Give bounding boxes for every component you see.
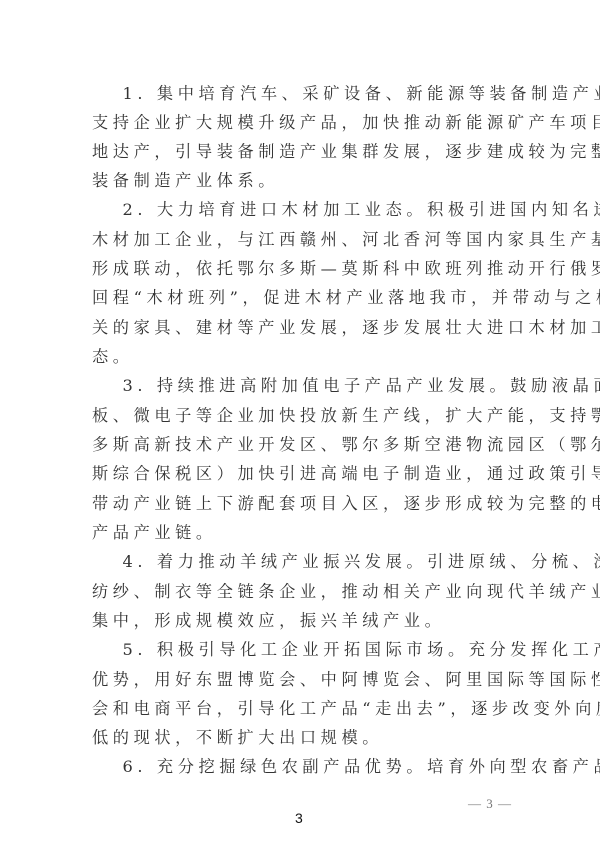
page-number: 3 xyxy=(295,810,303,826)
page-marker: — 3 — xyxy=(468,796,512,812)
text-line: 装备制造产业体系。 xyxy=(92,166,512,195)
text-line: 形成联动，依托鄂尔多斯—莫斯科中欧班列推动开行俄罗斯 xyxy=(92,254,512,283)
text-line: 纺纱、制衣等全链条企业，推动相关产业向现代羊绒产业园 xyxy=(92,577,512,606)
text-line: 3. 持续推进高附加值电子产品产业发展。鼓励液晶面 xyxy=(92,371,512,400)
text-line: 优势，用好东盟博览会、中阿博览会、阿里国际等国际性展 xyxy=(92,665,512,694)
text-line: 回程“木材班列”，促进木材产业落地我市，并带动与之相 xyxy=(92,283,512,312)
text-line: 多斯高新技术产业开发区、鄂尔多斯空港物流园区（鄂尔多 xyxy=(92,430,512,459)
text-line: 会和电商平台，引导化工产品“走出去”，逐步改变外向度 xyxy=(92,694,512,723)
text-line: 产品产业链。 xyxy=(92,518,512,547)
document-page: 1. 集中培育汽车、采矿设备、新能源等装备制造产业。 支持企业扩大规模升级产品，… xyxy=(0,0,600,848)
text-line: 低的现状，不断扩大出口规模。 xyxy=(92,723,512,752)
text-line: 6. 充分挖掘绿色农副产品优势。培育外向型农畜产品龙 xyxy=(92,752,512,781)
text-line: 带动产业链上下游配套项目入区，逐步形成较为完整的电子 xyxy=(92,489,512,518)
text-line: 5. 积极引导化工企业开拓国际市场。充分发挥化工产业 xyxy=(92,635,512,664)
text-line: 1. 集中培育汽车、采矿设备、新能源等装备制造产业。 xyxy=(92,79,512,108)
text-line: 木材加工企业，与江西赣州、河北香河等国内家具生产基地 xyxy=(92,225,512,254)
text-line: 斯综合保税区）加快引进高端电子制造业，通过政策引导， xyxy=(92,459,512,488)
text-line: 地达产，引导装备制造产业集群发展，逐步建成较为完整的 xyxy=(92,137,512,166)
text-line: 关的家具、建材等产业发展，逐步发展壮大进口木材加工业 xyxy=(92,313,512,342)
text-line: 态。 xyxy=(92,342,512,371)
text-line: 2. 大力培育进口木材加工业态。积极引进国内知名进口 xyxy=(92,195,512,224)
text-line: 支持企业扩大规模升级产品，加快推动新能源矿产车项目落 xyxy=(92,108,512,137)
text-line: 板、微电子等企业加快投放新生产线，扩大产能，支持鄂尔 xyxy=(92,401,512,430)
text-line: 集中，形成规模效应，振兴羊绒产业。 xyxy=(92,606,512,635)
text-line: 4. 着力推动羊绒产业振兴发展。引进原绒、分梳、洗染、 xyxy=(92,547,512,576)
